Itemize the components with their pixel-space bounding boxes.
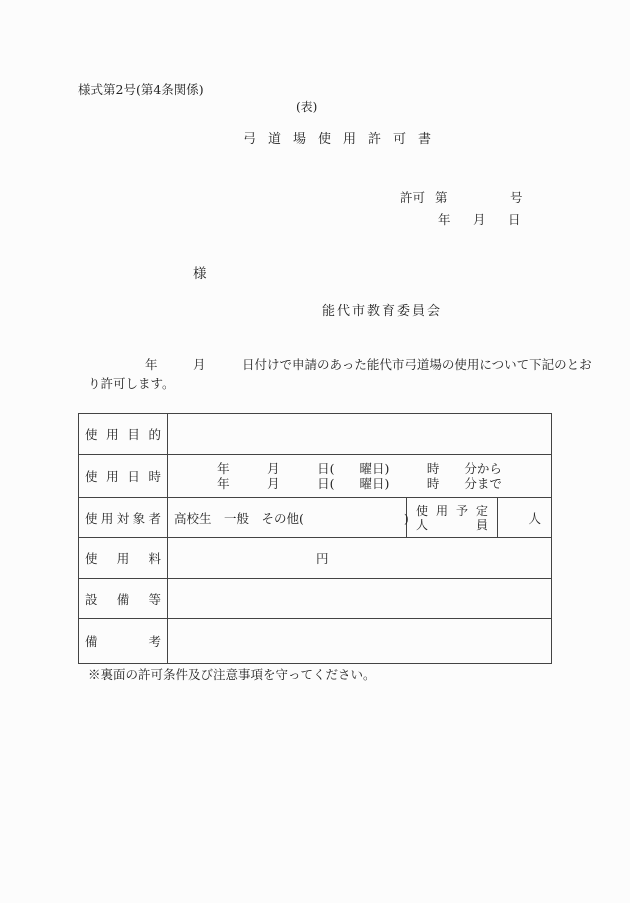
form-number: 様式第2号(第4条関係): [78, 83, 204, 97]
table-row-remarks: 備考: [79, 618, 551, 663]
table-row-equipment: 設備等: [79, 578, 551, 618]
datetime-from-line: 年 月 日( 曜日) 時 分から: [217, 461, 502, 476]
table-row-fee: 使用料 円: [79, 537, 551, 578]
date-year-label: 年: [438, 213, 451, 227]
datetime-label: 使用日時: [85, 467, 161, 485]
fee-label: 使用料: [85, 549, 161, 567]
remarks-label-cell: 備考: [79, 619, 168, 663]
body-month-label: 月: [193, 358, 206, 372]
purpose-value-cell: [168, 414, 551, 454]
headcount-label-top: 使用予定: [416, 504, 488, 518]
body-line1-text: 日付けで申請のあった能代市弓道場の使用について下記のとお: [242, 358, 592, 372]
permit-table: 使用目的 使用日時 年 月 日( 曜日) 時 分から 年 月 日( 曜日) 時 …: [78, 413, 552, 664]
headcount-label-cell: 使用予定 人員: [407, 498, 498, 537]
body-paragraph-line2: り許可します。: [88, 377, 175, 391]
date-month-label: 月: [473, 213, 486, 227]
fee-label-cell: 使用料: [79, 538, 168, 578]
permit-number-prefix: 第: [435, 191, 448, 205]
remarks-label: 備考: [85, 632, 161, 650]
datetime-label-cell: 使用日時: [79, 455, 168, 497]
purpose-label: 使用目的: [85, 425, 161, 443]
purpose-label-cell: 使用目的: [79, 414, 168, 454]
fee-value-cell: 円: [168, 538, 551, 578]
table-row-datetime: 使用日時 年 月 日( 曜日) 時 分から 年 月 日( 曜日) 時 分まで: [79, 454, 551, 497]
body-paragraph-line1: 年 月 日付けで申請のあった能代市弓道場の使用について下記のとお: [0, 358, 630, 373]
permit-date-line: 年 月 日: [438, 213, 523, 228]
body-year-label: 年: [145, 358, 158, 372]
permit-document-page: 様式第2号(第4条関係) (表) 弓道場使用許可書 許可 第 号 年 月 日 様…: [0, 0, 630, 903]
date-day-label: 日: [508, 213, 521, 227]
headcount-label-bottom: 人員: [416, 518, 488, 532]
target-label-cell: 使用対象者: [79, 498, 168, 537]
datetime-value-cell: 年 月 日( 曜日) 時 分から 年 月 日( 曜日) 時 分まで: [168, 455, 551, 497]
permit-number-line: 許可 第 号: [400, 191, 525, 206]
footnote: ※裏面の許可条件及び注意事項を守ってください。: [88, 668, 376, 682]
side-label-front: (表): [296, 101, 317, 115]
datetime-to-line: 年 月 日( 曜日) 時 分まで: [217, 476, 502, 491]
target-value-cell: 高校生 一般 その他( ): [168, 498, 407, 537]
equipment-value-cell: [168, 579, 551, 618]
issuer-name: 能代市教育委員会: [322, 305, 442, 320]
addressee-honorific: 様: [193, 267, 207, 283]
equipment-label-cell: 設備等: [79, 579, 168, 618]
equipment-label: 設備等: [85, 590, 161, 608]
headcount-unit-cell: 人: [498, 498, 551, 537]
target-label: 使用対象者: [85, 509, 161, 527]
table-row-target: 使用対象者 高校生 一般 その他( ) 使用予定 人員 人: [79, 497, 551, 537]
permit-label: 許可: [400, 191, 425, 205]
remarks-value-cell: [168, 619, 551, 663]
permit-number-suffix: 号: [510, 191, 523, 205]
table-row-purpose: 使用目的: [79, 414, 551, 454]
document-title: 弓道場使用許可書: [243, 133, 443, 148]
